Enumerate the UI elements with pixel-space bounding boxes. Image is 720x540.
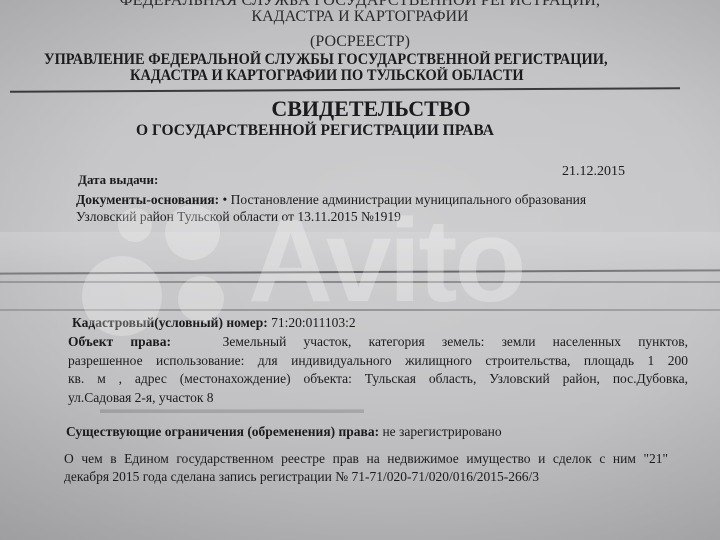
cadastral-number: Кадастровый(условный) номер: 71:20:01110… <box>72 315 356 331</box>
issuer-header-line3: (РОСРЕЕСТР) <box>0 33 720 51</box>
document-title: СВИДЕТЕЛЬСТВО <box>0 96 720 122</box>
basis-documents-line2: Узловский район Тульской области от 13.1… <box>76 209 401 225</box>
bleed-through-text: ▬▬▬▬▬▬▬▬▬▬▬▬▬▬▬▬▬▬▬▬▬▬ <box>100 402 364 417</box>
basis-documents-label: Документы-основания: <box>76 192 219 207</box>
registry-record-line1: О чем в Едином государственном реестре п… <box>64 450 668 468</box>
object-of-right: Объект права: Земельный участок, категор… <box>68 333 688 407</box>
registry-record: О чем в Едином государственном реестре п… <box>64 450 668 486</box>
basis-documents: Документы-основания: • Постановление адм… <box>76 192 586 208</box>
header-divider <box>10 87 680 93</box>
object-line: разрешенное использование: для индивидуа… <box>68 352 688 371</box>
issue-date-label: Дата выдачи: <box>78 172 158 188</box>
restrictions-label: Существующие ограничения (обременения) п… <box>66 424 379 439</box>
object-line: кв. м , адрес (местонахождение) объекта:… <box>68 370 688 389</box>
basis-documents-line1: • Постановление администрации муниципаль… <box>223 192 587 207</box>
object-line: Объект права: Земельный участок, категор… <box>68 333 688 352</box>
department-line2: КАДАСТРА И КАРТОГРАФИИ ПО ТУЛЬСКОЙ ОБЛАС… <box>130 67 524 85</box>
registry-record-line2: декабря 2015 года сделана запись регистр… <box>64 468 668 486</box>
cadastral-number-label: Кадастровый(условный) номер: <box>72 315 268 330</box>
issuer-header-line2: КАДАСТРА И КАРТОГРАФИИ <box>0 8 720 26</box>
restrictions: Существующие ограничения (обременения) п… <box>66 424 502 440</box>
object-label: Объект права: <box>68 334 171 349</box>
issue-date-value: 21.12.2015 <box>562 164 625 180</box>
paper-fold-line <box>0 281 720 283</box>
restrictions-value: не зарегистрировано <box>382 424 501 439</box>
fold-band <box>0 232 720 272</box>
paper-fold-line <box>0 309 720 311</box>
cadastral-number-value: 71:20:011103:2 <box>271 315 356 330</box>
document-subtitle: О ГОСУДАРСТВЕННОЙ РЕГИСТРАЦИИ ПРАВА <box>136 122 494 140</box>
